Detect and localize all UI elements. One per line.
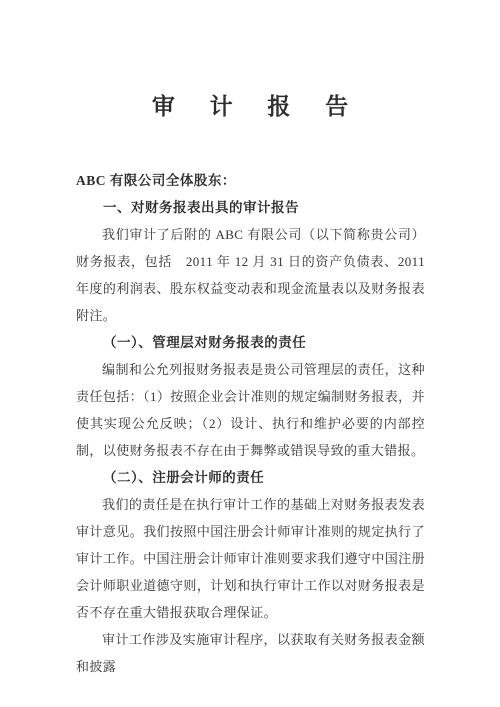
- paragraph: 编制和公允列报财务报表是贵公司管理层的责任，这种责任包括：（1）按照企业会计准则…: [76, 356, 425, 464]
- section-management-responsibility: （一）、管理层对财务报表的责任 编制和公允列报财务报表是贵公司管理层的责任，这种…: [76, 329, 425, 464]
- section-heading-2: （一）、管理层对财务报表的责任: [76, 329, 425, 356]
- salutation: ABC 有限公司全体股东：: [76, 167, 425, 194]
- section-heading-1: 一、对财务报表出具的审计报告: [76, 194, 425, 221]
- section-cpa-responsibility: （二）、注册会计师的责任 我们的责任是在执行审计工作的基础上对财务报表发表审计意…: [76, 464, 425, 680]
- section-heading-3: （二）、注册会计师的责任: [76, 464, 425, 491]
- section-financial-statements-report: 一、对财务报表出具的审计报告 我们审计了后附的 ABC 有限公司（以下简称贵公司…: [76, 194, 425, 329]
- paragraph: 审计工作涉及实施审计程序，以获取有关财务报表金额和披露: [76, 626, 425, 680]
- paragraph: 我们审计了后附的 ABC 有限公司（以下简称贵公司）财务报表，包括 2011 年…: [76, 221, 425, 329]
- paragraph: 我们的责任是在执行审计工作的基础上对财务报表发表审计意见。我们按照中国注册会计师…: [76, 491, 425, 626]
- audit-report-page: 审 计 报 告 ABC 有限公司全体股东： 一、对财务报表出具的审计报告 我们审…: [0, 0, 500, 707]
- page-title: 审 计 报 告: [76, 92, 425, 122]
